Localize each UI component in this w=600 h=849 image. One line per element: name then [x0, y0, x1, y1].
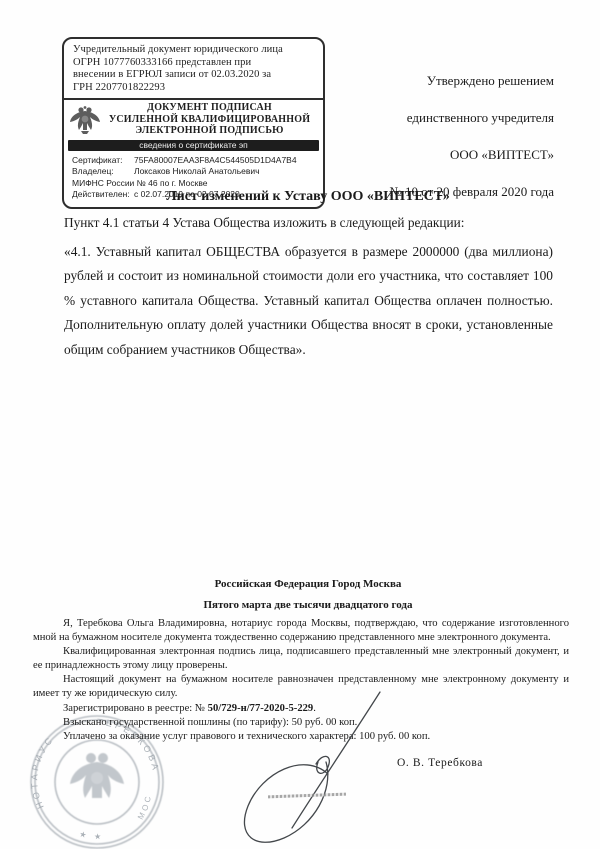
notary-location: Российская Федерация Город Москва	[62, 578, 554, 590]
certificate-label: Сертификат:	[72, 155, 134, 167]
issuer-line: МИФНС России № 46 по г. Москве	[72, 178, 315, 190]
approval-line: ООО «ВИПТЕСТ»	[294, 136, 554, 173]
handwritten-signature	[228, 678, 398, 849]
signed-title-line: ДОКУМЕНТ ПОДПИСАН	[102, 102, 317, 114]
registration-line: внесении в ЕГРЮЛ записи от 02.03.2020 за	[73, 69, 314, 82]
notary-paragraph: Квалифицированная электронная подпись ли…	[33, 645, 569, 673]
notary-paragraph: Я, Теребкова Ольга Владимировна, нотариу…	[33, 617, 569, 645]
owner-label: Владелец:	[72, 166, 134, 178]
approval-block: Утверждено решением единственного учреди…	[294, 62, 554, 210]
approval-line: единственного учредителя	[294, 99, 554, 136]
seal-stars: ★ ★	[78, 829, 104, 841]
intro-paragraph: Пункт 4.1 статьи 4 Устава Общества излож…	[64, 215, 553, 231]
owner-value: Локсаков Николай Анатольевич	[134, 166, 260, 178]
notary-date: Пятого марта две тысячи двадцатого года	[62, 599, 554, 611]
certificate-info-bar: сведения о сертификате эп	[68, 140, 319, 151]
signed-block: ДОКУМЕНТ ПОДПИСАН УСИЛЕННОЙ КВАЛИФИЦИРОВ…	[64, 98, 323, 139]
registration-line: ОГРН 1077760333166 представлен при	[73, 57, 314, 70]
signed-title-line: УСИЛЕННОЙ КВАЛИФИЦИРОВАННОЙ	[102, 114, 317, 126]
seal-arc-left: НОТАРИУС	[29, 734, 56, 810]
signed-title: ДОКУМЕНТ ПОДПИСАН УСИЛЕННОЙ КВАЛИФИЦИРОВ…	[102, 102, 317, 137]
clause-paragraph: «4.1. Уставный капитал ОБЩЕСТВА образует…	[64, 240, 553, 362]
document-page: Учредительный документ юридического лица…	[0, 0, 600, 849]
registration-line: Учредительный документ юридического лица	[73, 44, 314, 57]
approval-line: Утверждено решением	[294, 62, 554, 99]
document-title: Лист изменений к Уставу ООО «ВИПТЕСТ»	[62, 189, 554, 205]
notary-signer-name: О. В. Теребкова	[397, 757, 483, 769]
certificate-value: 75FA80007EAA3F8A4C544505D1D4A7B4	[134, 155, 297, 167]
registration-line: ГРН 2207701822293	[73, 82, 314, 95]
registration-note: Учредительный документ юридического лица…	[64, 39, 323, 98]
state-eagle-icon	[68, 103, 102, 137]
signed-title-line: ЭЛЕКТРОННОЙ ПОДПИСЬЮ	[102, 125, 317, 137]
edoc-signature-stamp: Учредительный документ юридического лица…	[62, 37, 325, 209]
